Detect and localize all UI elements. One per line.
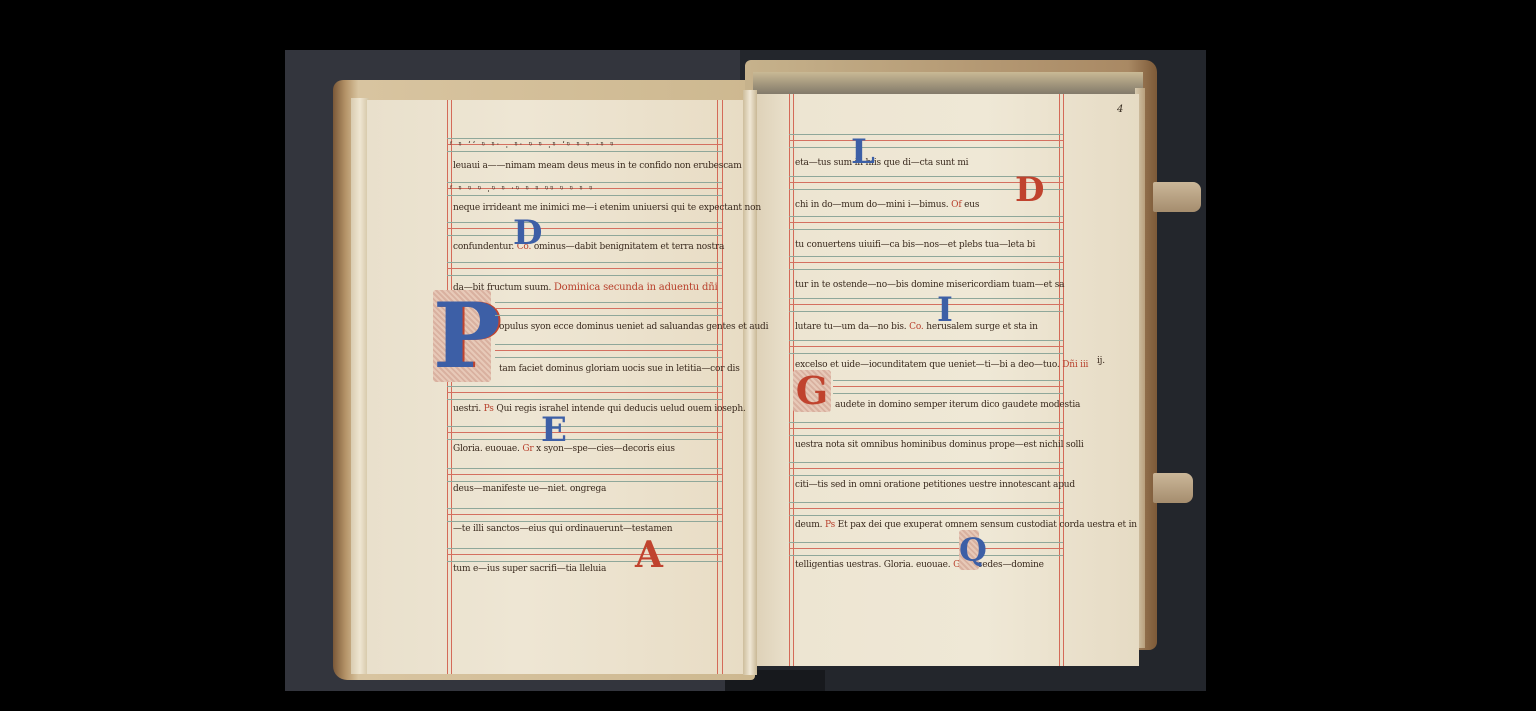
music-staff [789,256,1063,270]
rubric-heading: Dominica secunda in aduentu dñi [554,282,718,293]
music-staff [447,386,722,400]
music-staff [789,422,1063,436]
music-staff [789,340,1063,354]
music-staff [789,298,1063,312]
ruling-line [722,100,723,674]
neumes: ᶠ ᵑ ʻʻ ᵑ ᵑ· ˌ ᵑ· ᵑ ᵑ ˌᵑ ʻᵑ ᵑ ᵑ ·ᵑ ᵑ [450,140,615,149]
music-staff [789,542,1063,556]
text-line: tum e—ius super sacrifi—tia lleluia [453,564,606,574]
text-line: eta—tus sum in hiis que di—cta sunt mi [795,158,968,168]
manuscript-photo[interactable]: 4 ᶠ ᵑ ʻʻ ᵑ ᵑ· ˌ ᵑ· ᵑ ᵑ ˌᵑ ʻᵑ ᵑ ᵑ ·ᵑ ᵑ le… [285,50,1206,691]
folio-number: 4 [1117,104,1123,115]
margin-note: ij. [1097,356,1105,366]
rubric: Co. [909,322,923,332]
illuminated-initial-g: G [793,370,831,412]
music-staff [495,302,722,316]
neumes: ᶠ ᵑ ᵑ ᵑ ˌᵑ ᵑ ·ᵑ ᵑ ᵑ ᵑᵑ ᵑ ᵑ ᵑ ᵑ [450,184,594,193]
rubric: Of [951,200,961,210]
text-line: leuaui a——nimam meam deus meus in te con… [453,161,742,171]
rubric: Ps [484,404,494,414]
music-staff [833,380,1063,394]
text-line: citi—tis sed in omni oratione petitiones… [795,480,1075,490]
illuminated-initial-p: P [433,290,491,382]
text-line: deum. Ps Et pax dei que exuperat omnem s… [795,520,1137,530]
book-gutter [743,90,757,675]
music-staff [789,216,1063,230]
text-line: telligentias uestras. Gloria. euouae. Gr… [795,560,1044,570]
text-line: neque irrideant me inimici me—i etenim u… [453,203,761,213]
initial-letter-a: A [635,534,657,576]
text-line: confundentur. Co. ominus—dabit benignita… [453,242,724,252]
initial-letter-d: D [1015,170,1039,210]
music-staff [447,468,722,482]
text-line: excelso et uide—iocunditatem que ueniet—… [795,360,1088,370]
clasp-strap-lower [1153,473,1193,503]
music-staff [447,426,722,440]
music-staff [495,344,722,358]
rubric: Ps [825,520,835,530]
text-line: tur in te ostende—no—bis domine miserico… [795,280,1064,290]
ruling-line [1063,94,1064,666]
rubric: Dñi iii [1062,360,1088,370]
text-line: tam faciet dominus gloriam uocis sue in … [499,364,740,374]
initial-letter-e: E [541,410,563,450]
initial-letter-l: L [851,132,869,172]
text-line: opulus syon ecce dominus ueniet ad salua… [499,322,768,332]
clasp-strap-upper [1153,182,1201,212]
text-line: lutare tu—um da—no bis. Co. herusalem su… [795,322,1038,332]
text-line: uestra nota sit omnibus hominibus dominu… [795,440,1084,450]
music-staff [789,462,1063,476]
text-line: uestri. Ps Qui regis israhel intende qui… [453,404,746,414]
rubric: Gr [522,444,533,454]
music-staff [789,134,1063,148]
text-line: deus—manifeste ue—niet. ongrega [453,484,606,494]
music-staff [789,502,1063,516]
illuminated-initial-q: Q [959,530,979,570]
right-page-top-edge [753,72,1143,96]
music-staff [447,222,722,236]
music-staff [447,548,722,562]
initial-letter-d: D [513,214,535,252]
initial-letter-i: I [937,290,953,330]
music-staff [447,508,722,522]
image-viewer: 4 ᶠ ᵑ ʻʻ ᵑ ᵑ· ˌ ᵑ· ᵑ ᵑ ˌᵑ ʻᵑ ᵑ ᵑ ·ᵑ ᵑ le… [0,0,1536,711]
text-line: —te illi sanctos—eius qui ordinauerunt—t… [453,524,672,534]
text-line: tu conuertens uiuifi—ca bis—nos—et plebs… [795,240,1035,250]
text-line: chi in do—mum do—mini i—bimus. Of eus [795,200,979,210]
music-staff [447,262,722,276]
text-line: audete in domino semper iterum dico gaud… [835,400,1080,410]
